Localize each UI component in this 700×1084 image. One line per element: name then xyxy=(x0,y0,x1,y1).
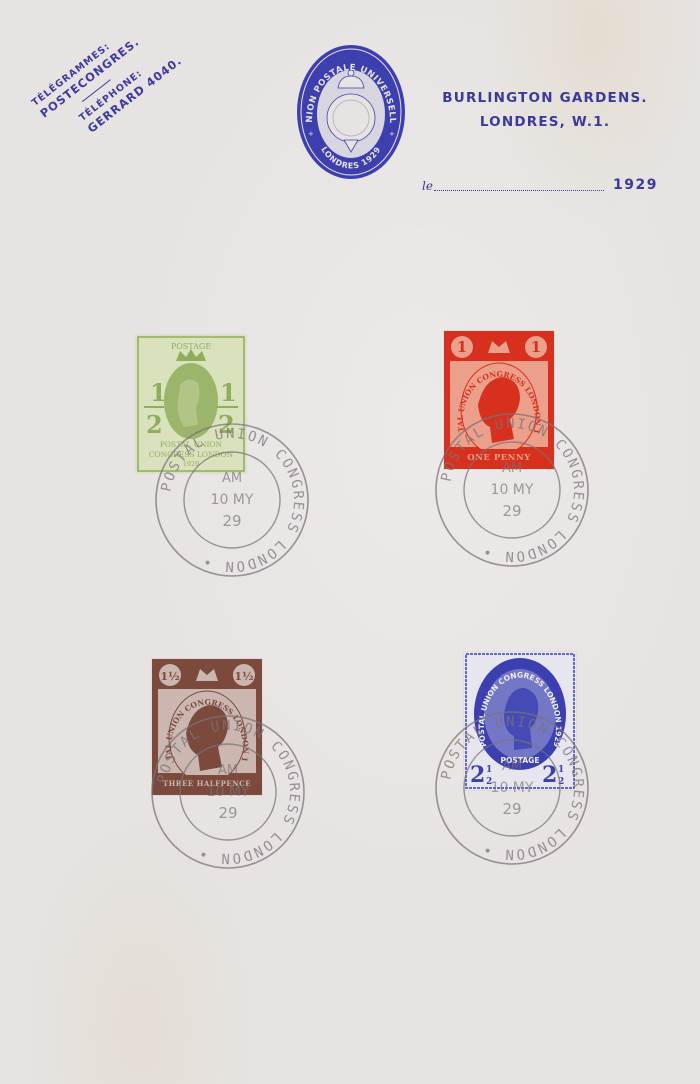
svg-text:+: + xyxy=(308,130,314,138)
postmark-artwork: POSTAL UNION CONGRESS LONDON • AM 10 MY … xyxy=(432,708,592,868)
postmark-artwork: POSTAL UNION CONGRESS LONDON • AM 10 MY … xyxy=(148,712,308,872)
address-block: BURLINGTON GARDENS. LONDRES, W.1. xyxy=(420,86,670,134)
svg-text:AM: AM xyxy=(502,759,522,774)
svg-text:+: + xyxy=(389,130,395,138)
svg-text:10 MY: 10 MY xyxy=(207,784,250,800)
svg-text:1: 1 xyxy=(531,338,541,356)
svg-text:10 MY: 10 MY xyxy=(491,482,534,498)
postmark-artwork: POSTAL UNION CONGRESS LONDON • AM 10 MY … xyxy=(432,410,592,570)
address-line-2: LONDRES, W.1. xyxy=(420,110,670,134)
address-line-1: BURLINGTON GARDENS. xyxy=(420,86,670,110)
date-prefix: le xyxy=(422,179,433,193)
svg-text:1: 1 xyxy=(220,378,237,407)
svg-text:29: 29 xyxy=(502,800,521,818)
postmark-artwork: POSTAL UNION CONGRESS LONDON • AM 10 MY … xyxy=(152,420,312,580)
svg-text:10 MY: 10 MY xyxy=(491,780,534,796)
svg-text:29: 29 xyxy=(502,502,521,520)
svg-text:AM: AM xyxy=(218,763,238,778)
svg-text:29: 29 xyxy=(218,804,237,822)
date-line: le 1929 xyxy=(422,177,662,197)
postmark: POSTAL UNION CONGRESS LONDON • AM 10 MY … xyxy=(432,410,592,574)
svg-text:1½: 1½ xyxy=(234,670,253,683)
souvenir-sheet: TÉLÉGRAMMES: POSTECONGRES. TÉLÉPHONE: GE… xyxy=(0,0,700,1084)
svg-text:1: 1 xyxy=(457,338,467,356)
postmark: POSTAL UNION CONGRESS LONDON • AM 10 MY … xyxy=(148,712,308,876)
postmark: POSTAL UNION CONGRESS LONDON • AM 10 MY … xyxy=(432,708,592,872)
svg-text:AM: AM xyxy=(222,471,242,486)
svg-text:1½: 1½ xyxy=(160,670,179,683)
date-year: 1929 xyxy=(613,177,658,193)
svg-text:1: 1 xyxy=(150,378,167,407)
svg-text:29: 29 xyxy=(222,512,241,530)
date-blank xyxy=(434,190,604,191)
postmark: POSTAL UNION CONGRESS LONDON • AM 10 MY … xyxy=(152,420,312,584)
contact-block: TÉLÉGRAMMES: POSTECONGRES. TÉLÉPHONE: GE… xyxy=(30,12,184,153)
svg-text:AM: AM xyxy=(502,461,522,476)
upu-seal: UNION POSTALE UNIVERSELLE LONDRES 1929 +… xyxy=(296,44,406,180)
svg-text:10 MY: 10 MY xyxy=(211,492,254,508)
